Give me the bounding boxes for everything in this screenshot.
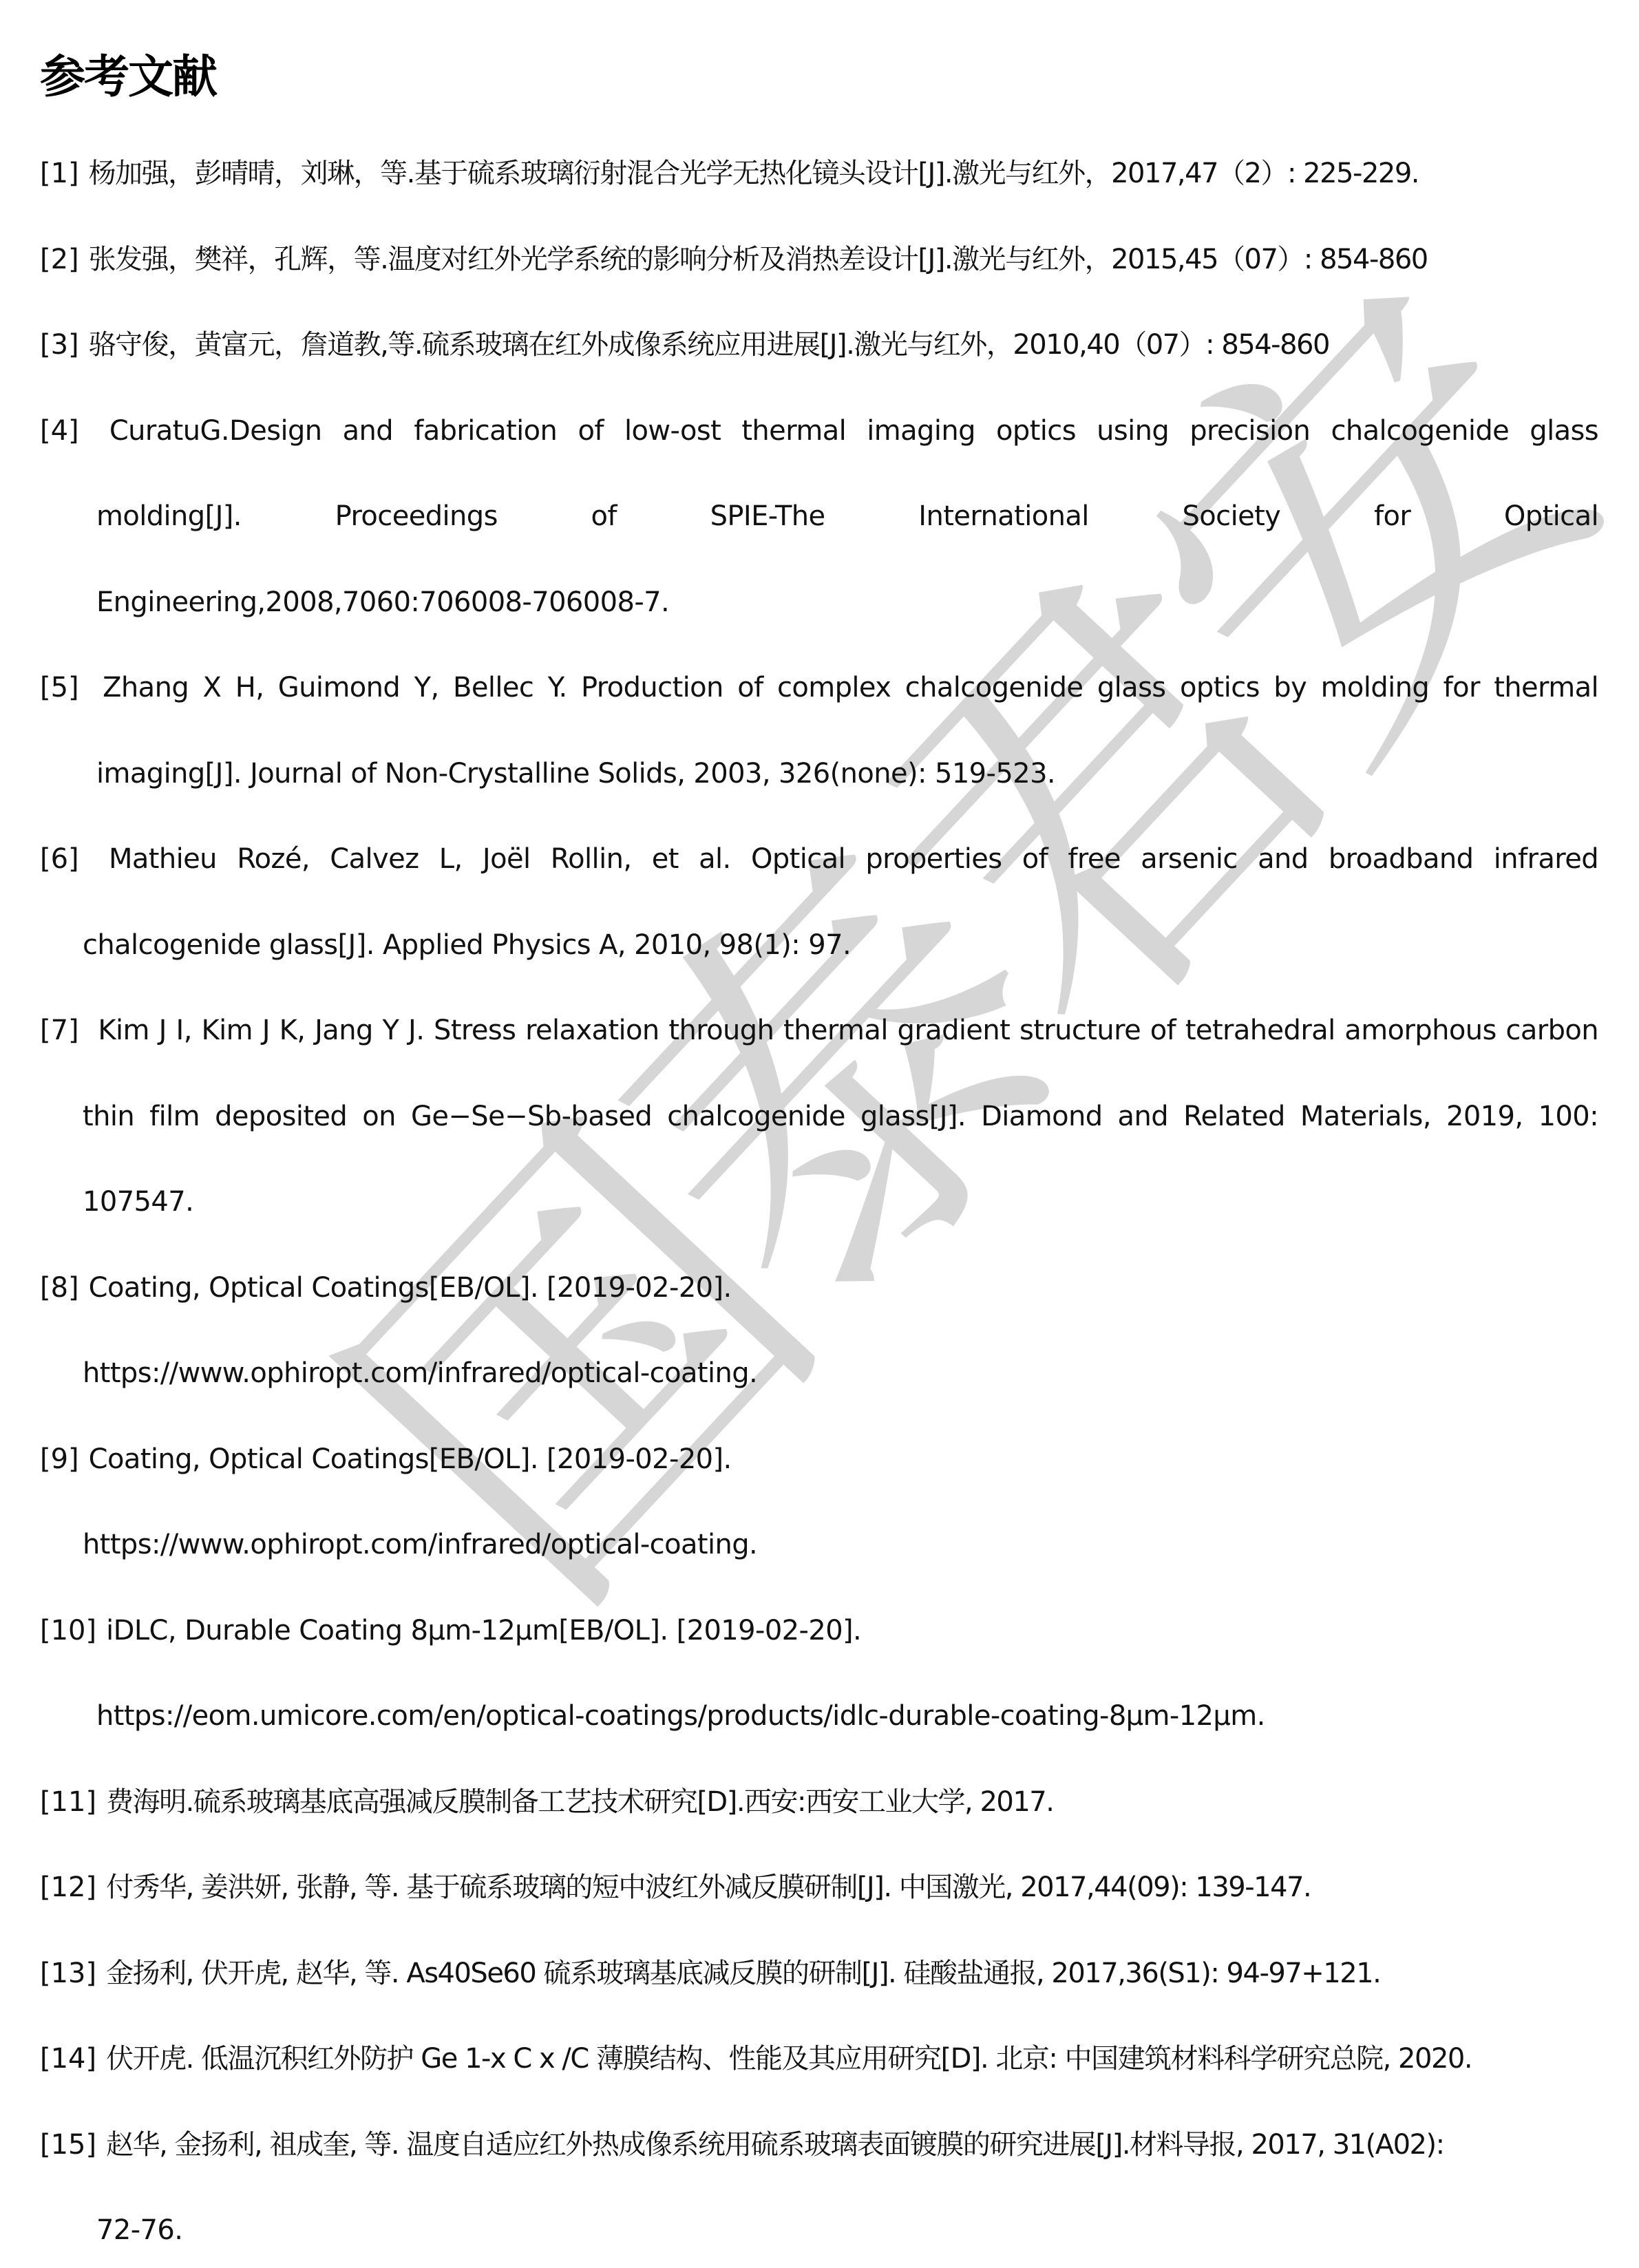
reference-text: 张发强，樊祥，孔辉，等.温度对红外光学系统的影响分析及消热差设计[J].激光与红… — [89, 244, 1428, 275]
reference-line: [15]赵华, 金扬利, 祖成奎, 等. 温度自适应红外热成像系统用硫系玻璃表面… — [40, 2102, 1598, 2188]
reference-item: [6] Mathieu Rozé, Calvez L, Joël Rollin,… — [40, 816, 1598, 988]
reference-line: Engineering,2008,7060:706008-706008-7. — [40, 560, 1598, 646]
reference-line: [13]金扬利, 伏开虎, 赵华, 等. As40Se60 硫系玻璃基底减反膜的… — [40, 1931, 1598, 2017]
reference-line: [14]伏开虎. 低温沉积红外防护 Ge 1-x C x /C 薄膜结构、性能及… — [40, 2016, 1598, 2102]
reference-item: [4] CuratuG.Design and fabrication of lo… — [40, 388, 1598, 646]
reference-line: [5] Zhang X H, Guimond Y, Bellec Y. Prod… — [40, 645, 1598, 731]
reference-label: [15] — [40, 2129, 96, 2161]
reference-label: [10] — [40, 1615, 96, 1646]
reference-line: [10]iDLC, Durable Coating 8μm-12μm[EB/OL… — [40, 1588, 1598, 1674]
reference-line: [1]杨加强，彭晴晴，刘琳，等.基于硫系玻璃衍射混合光学无热化镜头设计[J].激… — [40, 131, 1598, 217]
reference-url[interactable]: https://www.ophiropt.com/infrared/optica… — [40, 1331, 1598, 1417]
reference-text: 赵华, 金扬利, 祖成奎, 等. 温度自适应红外热成像系统用硫系玻璃表面镀膜的研… — [106, 2129, 1444, 2161]
reference-text: Coating, Optical Coatings[EB/OL]. [2019-… — [89, 1272, 732, 1304]
reference-label: [9] — [40, 1443, 79, 1475]
reference-label: [6] — [40, 843, 79, 875]
reference-label: [14] — [40, 2043, 96, 2075]
reference-line: [11]费海明.硫系玻璃基底高强减反膜制备工艺技术研究[D].西安:西安工业大学… — [40, 1759, 1598, 1845]
reference-line: [6] Mathieu Rozé, Calvez L, Joël Rollin,… — [40, 816, 1598, 902]
reference-url[interactable]: https://www.ophiropt.com/infrared/optica… — [40, 1502, 1598, 1588]
reference-url[interactable]: https://eom.umicore.com/en/optical-coati… — [40, 1673, 1598, 1759]
reference-list: [1]杨加强，彭晴晴，刘琳，等.基于硫系玻璃衍射混合光学无热化镜头设计[J].激… — [40, 131, 1598, 2268]
reference-text: Mathieu Rozé, Calvez L, Joël Rollin, et … — [109, 843, 1598, 875]
reference-label: [12] — [40, 1872, 96, 1903]
reference-text: 伏开虎. 低温沉积红外防护 Ge 1-x C x /C 薄膜结构、性能及其应用研… — [106, 2043, 1472, 2075]
reference-line: [7] Kim J I, Kim J K, Jang Y J. Stress r… — [40, 988, 1598, 1074]
reference-text: 杨加强，彭晴晴，刘琳，等.基于硫系玻璃衍射混合光学无热化镜头设计[J].激光与红… — [89, 158, 1419, 189]
reference-line: 72-76. — [40, 2187, 1598, 2268]
reference-line: [4] CuratuG.Design and fabrication of lo… — [40, 388, 1598, 474]
reference-label: [8] — [40, 1272, 79, 1304]
reference-label: [1] — [40, 158, 79, 189]
reference-text: 金扬利, 伏开虎, 赵华, 等. As40Se60 硫系玻璃基底减反膜的研制[J… — [106, 1958, 1380, 1989]
page-title: 参考文献 — [40, 40, 216, 105]
reference-item: [8]Coating, Optical Coatings[EB/OL]. [20… — [40, 1245, 1598, 1417]
reference-item: [3]骆守俊，黄富元，詹道教,等.硫系玻璃在红外成像系统应用进展[J].激光与红… — [40, 302, 1598, 388]
reference-item: [13]金扬利, 伏开虎, 赵华, 等. As40Se60 硫系玻璃基底减反膜的… — [40, 1931, 1598, 2017]
reference-item: [9]Coating, Optical Coatings[EB/OL]. [20… — [40, 1417, 1598, 1588]
reference-text: iDLC, Durable Coating 8μm-12μm[EB/OL]. [… — [106, 1615, 861, 1646]
reference-item: [12]付秀华, 姜洪妍, 张静, 等. 基于硫系玻璃的短中波红外减反膜研制[J… — [40, 1845, 1598, 1931]
reference-line: [12]付秀华, 姜洪妍, 张静, 等. 基于硫系玻璃的短中波红外减反膜研制[J… — [40, 1845, 1598, 1931]
reference-item: [5] Zhang X H, Guimond Y, Bellec Y. Prod… — [40, 645, 1598, 816]
reference-line: molding[J]. Proceedings of SPIE-The Inte… — [40, 474, 1598, 560]
reference-item: [15]赵华, 金扬利, 祖成奎, 等. 温度自适应红外热成像系统用硫系玻璃表面… — [40, 2102, 1598, 2268]
reference-label: [5] — [40, 672, 79, 703]
reference-line: imaging[J]. Journal of Non-Crystalline S… — [40, 731, 1598, 817]
reference-text: Coating, Optical Coatings[EB/OL]. [2019-… — [89, 1443, 732, 1475]
reference-line: [9]Coating, Optical Coatings[EB/OL]. [20… — [40, 1417, 1598, 1503]
reference-text: 骆守俊，黄富元，詹道教,等.硫系玻璃在红外成像系统应用进展[J].激光与红外，2… — [89, 329, 1329, 361]
reference-text: 费海明.硫系玻璃基底高强减反膜制备工艺技术研究[D].西安:西安工业大学, 20… — [106, 1786, 1053, 1818]
reference-item: [11]费海明.硫系玻璃基底高强减反膜制备工艺技术研究[D].西安:西安工业大学… — [40, 1759, 1598, 1845]
reference-line: [2]张发强，樊祥，孔辉，等.温度对红外光学系统的影响分析及消热差设计[J].激… — [40, 217, 1598, 303]
reference-item: [7] Kim J I, Kim J K, Jang Y J. Stress r… — [40, 988, 1598, 1245]
reference-text: 付秀华, 姜洪妍, 张静, 等. 基于硫系玻璃的短中波红外减反膜研制[J]. 中… — [106, 1872, 1311, 1903]
reference-text: Kim J I, Kim J K, Jang Y J. Stress relax… — [98, 1015, 1598, 1046]
reference-text: Zhang X H, Guimond Y, Bellec Y. Producti… — [103, 672, 1598, 703]
reference-item: [1]杨加强，彭晴晴，刘琳，等.基于硫系玻璃衍射混合光学无热化镜头设计[J].激… — [40, 131, 1598, 217]
reference-item: [14]伏开虎. 低温沉积红外防护 Ge 1-x C x /C 薄膜结构、性能及… — [40, 2016, 1598, 2102]
reference-label: [4] — [40, 415, 79, 447]
reference-item: [10]iDLC, Durable Coating 8μm-12μm[EB/OL… — [40, 1588, 1598, 1759]
reference-line: thin film deposited on Ge−Se−Sb-based ch… — [40, 1074, 1598, 1160]
reference-label: [7] — [40, 1015, 79, 1046]
reference-text: CuratuG.Design and fabrication of low-os… — [109, 415, 1598, 447]
reference-label: [13] — [40, 1958, 96, 1989]
reference-label: [2] — [40, 244, 79, 275]
reference-line: [8]Coating, Optical Coatings[EB/OL]. [20… — [40, 1245, 1598, 1331]
reference-item: [2]张发强，樊祥，孔辉，等.温度对红外光学系统的影响分析及消热差设计[J].激… — [40, 217, 1598, 303]
reference-line: chalcogenide glass[J]. Applied Physics A… — [40, 902, 1598, 988]
reference-label: [11] — [40, 1786, 96, 1818]
reference-line: 107547. — [40, 1159, 1598, 1245]
reference-line: [3]骆守俊，黄富元，詹道教,等.硫系玻璃在红外成像系统应用进展[J].激光与红… — [40, 302, 1598, 388]
reference-label: [3] — [40, 329, 79, 361]
